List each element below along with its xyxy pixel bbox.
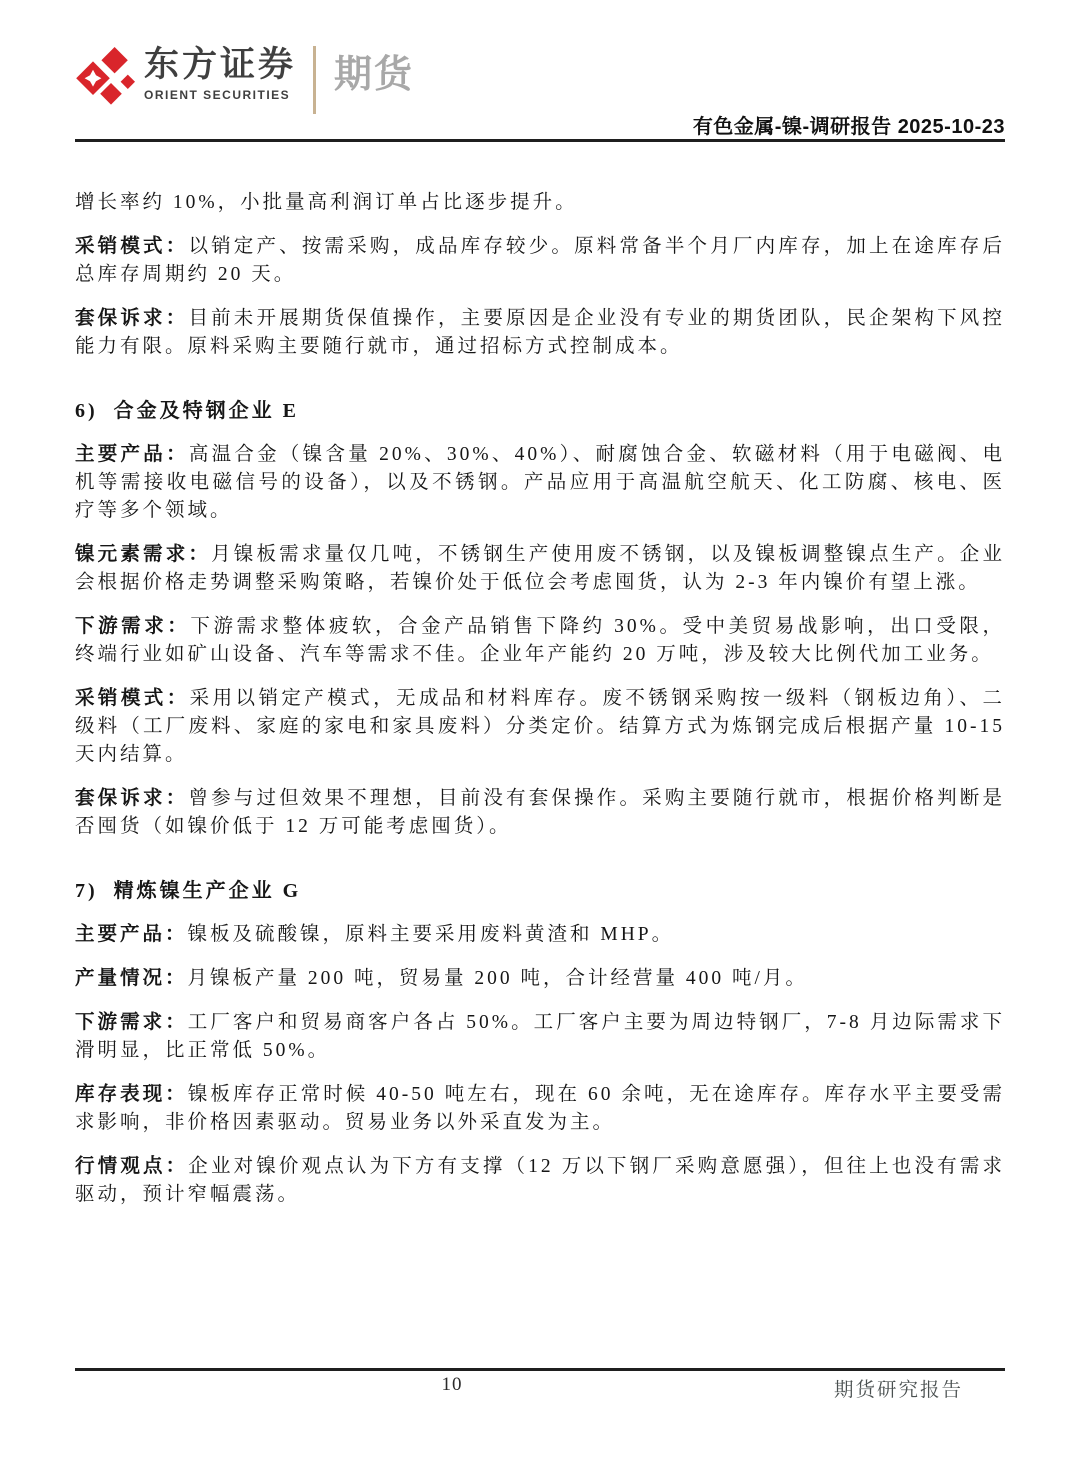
brand-name-en: ORIENT SECURITIES <box>144 88 296 102</box>
header-rule <box>75 139 1005 142</box>
paragraph-text: 高温合金（镍含量 20%、30%、40%）、耐腐蚀合金、软磁材料（用于电磁阀、电… <box>75 444 1005 521</box>
paragraph: 产量情况：月镍板产量 200 吨，贸易量 200 吨，合计经营量 400 吨/月… <box>75 965 1005 993</box>
paragraph: 采销模式：以销定产、按需采购，成品库存较少。原料常备半个月厂内库存，加上在途库存… <box>75 233 1005 289</box>
paragraph: 主要产品：镍板及硫酸镍，原料主要采用废料黄渣和 MHP。 <box>75 921 1005 949</box>
brand-lockup: 东方证券 ORIENT SECURITIES 期货 <box>75 45 414 114</box>
paragraph-text: 目前未开展期货保值操作，主要原因是企业没有专业的期货团队，民企架构下风控能力有限… <box>75 308 1005 357</box>
paragraph-label: 行情观点： <box>75 1156 188 1177</box>
paragraph-text: 企业对镍价观点认为下方有支撑（12 万以下钢厂采购意愿强），但往上也没有需求驱动… <box>75 1156 1005 1205</box>
paragraph-label: 库存表现： <box>75 1084 188 1105</box>
paragraph-text: 增长率约 10%，小批量高利润订单占比逐步提升。 <box>75 192 578 213</box>
paragraph: 主要产品：高温合金（镍含量 20%、30%、40%）、耐腐蚀合金、软磁材料（用于… <box>75 441 1005 525</box>
paragraph-label: 主要产品： <box>75 924 188 945</box>
paragraph: 下游需求：下游需求整体疲软，合金产品销售下降约 30%。受中美贸易战影响，出口受… <box>75 613 1005 669</box>
paragraph-text: 镍板库存正常时候 40-50 吨左右，现在 60 余吨，无在途库存。库存水平主要… <box>75 1084 1005 1133</box>
paragraph-label: 套保诉求： <box>75 308 188 329</box>
paragraph-text: 工厂客户和贸易商客户各占 50%。工厂客户主要为周边特钢厂，7-8 月边际需求下… <box>75 1012 1005 1061</box>
brand-business-line: 期货 <box>334 45 414 105</box>
paragraph: 增长率约 10%，小批量高利润订单占比逐步提升。 <box>75 189 1005 217</box>
paragraph-text: 镍板及硫酸镍，原料主要采用废料黄渣和 MHP。 <box>188 924 675 945</box>
paragraph: 套保诉求：目前未开展期货保值操作，主要原因是企业没有专业的期货团队，民企架构下风… <box>75 305 1005 361</box>
orient-securities-logo-icon <box>75 45 135 109</box>
paragraph-label: 镍元素需求： <box>75 544 211 565</box>
paragraph-text: 月镍板产量 200 吨，贸易量 200 吨，合计经营量 400 吨/月。 <box>188 968 808 989</box>
paragraph: 采销模式：采用以销定产模式，无成品和材料库存。废不锈钢采购按一级料（钢板边角）、… <box>75 685 1005 769</box>
page-number: 10 <box>442 1374 463 1396</box>
section-heading: 6) 合金及特钢企业 E <box>75 397 1005 425</box>
paragraph-label: 下游需求： <box>75 1012 188 1033</box>
paragraph-label: 采销模式： <box>75 688 190 709</box>
paragraph-label: 主要产品： <box>75 444 189 465</box>
document-body: 增长率约 10%，小批量高利润订单占比逐步提升。采销模式：以销定产、按需采购，成… <box>75 189 1005 1225</box>
paragraph-text: 曾参与过但效果不理想，目前没有套保操作。采购主要随行就市，根据价格判断是否囤货（… <box>75 788 1005 837</box>
paragraph-text: 以销定产、按需采购，成品库存较少。原料常备半个月厂内库存，加上在途库存后总库存周… <box>75 236 1005 285</box>
paragraph: 镍元素需求：月镍板需求量仅几吨，不锈钢生产使用废不锈钢，以及镍板调整镍点生产。企… <box>75 541 1005 597</box>
paragraph-text: 月镍板需求量仅几吨，不锈钢生产使用废不锈钢，以及镍板调整镍点生产。企业会根据价格… <box>75 544 1005 593</box>
paragraph-label: 套保诉求： <box>75 788 188 809</box>
paragraph-label: 采销模式： <box>75 236 188 257</box>
paragraph: 套保诉求：曾参与过但效果不理想，目前没有套保操作。采购主要随行就市，根据价格判断… <box>75 785 1005 841</box>
brand-text: 东方证券 ORIENT SECURITIES <box>144 45 296 102</box>
paragraph-label: 产量情况： <box>75 968 188 989</box>
paragraph-text: 下游需求整体疲软，合金产品销售下降约 30%。受中美贸易战影响，出口受限，终端行… <box>75 616 1005 665</box>
brand-divider <box>313 46 316 114</box>
paragraph: 行情观点：企业对镍价观点认为下方有支撑（12 万以下钢厂采购意愿强），但往上也没… <box>75 1153 1005 1209</box>
footer-rule <box>75 1368 1005 1371</box>
paragraph-text: 采用以销定产模式，无成品和材料库存。废不锈钢采购按一级料（钢板边角）、二级料（工… <box>75 688 1005 765</box>
section-heading: 7) 精炼镍生产企业 G <box>75 877 1005 905</box>
footer-report-type: 期货研究报告 <box>834 1374 963 1402</box>
paragraph: 库存表现：镍板库存正常时候 40-50 吨左右，现在 60 余吨，无在途库存。库… <box>75 1081 1005 1137</box>
paragraph: 下游需求：工厂客户和贸易商客户各占 50%。工厂客户主要为周边特钢厂，7-8 月… <box>75 1009 1005 1065</box>
brand-name-cn: 东方证券 <box>144 45 296 85</box>
report-title: 有色金属-镍-调研报告 2025-10-23 <box>693 110 1005 139</box>
paragraph-label: 下游需求： <box>75 616 190 637</box>
report-page: 东方证券 ORIENT SECURITIES 期货 有色金属-镍-调研报告 20… <box>0 0 1080 1465</box>
